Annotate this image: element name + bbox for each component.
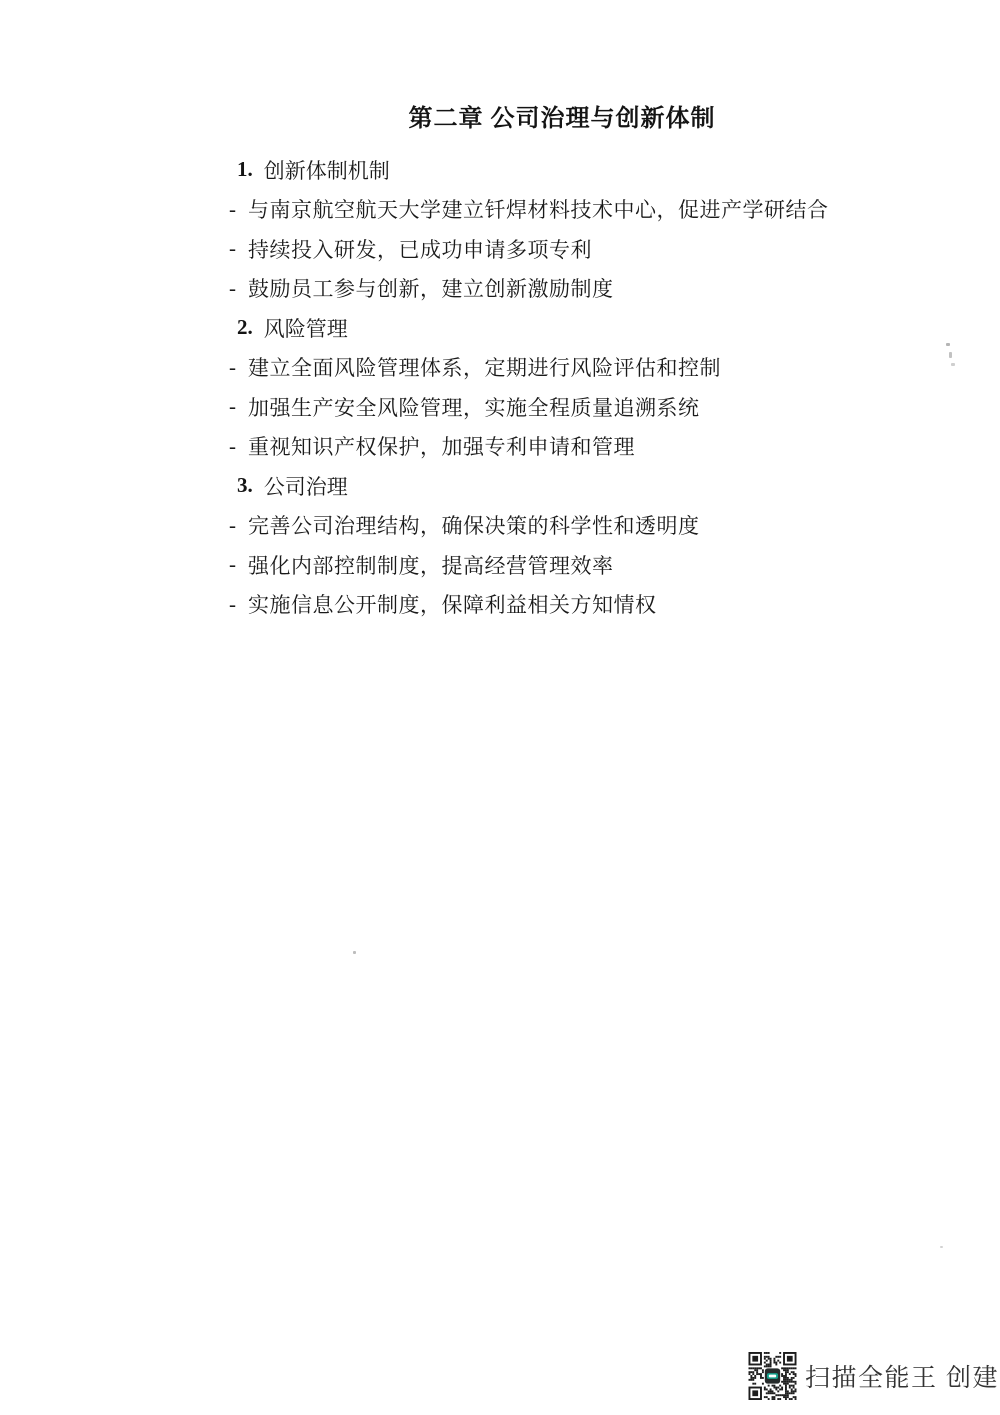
list-item: - 实施信息公开制度，保障利益相关方知情权 (0, 585, 1000, 625)
list-item: - 强化内部控制制度，提高经营管理效率 (0, 545, 1000, 585)
bullet-text: 实施信息公开制度，保障利益相关方知情权 (248, 589, 657, 619)
list-item: - 与南京航空航天大学建立钎焊材料技术中心，促进产学研结合 (0, 190, 1000, 230)
scan-speck (949, 352, 952, 358)
bullet-dash: - (229, 355, 236, 380)
section-1-heading: 1. 创新体制机制 (0, 150, 1000, 190)
scan-speck (946, 343, 950, 346)
bullet-dash: - (229, 513, 236, 538)
list-item: - 建立全面风险管理体系，定期进行风险评估和控制 (0, 348, 1000, 388)
scanner-watermark-text: 扫描全能王 创建 (805, 1358, 999, 1394)
section-1-title: 创新体制机制 (264, 155, 390, 185)
section-2-number: 2. (237, 315, 253, 340)
bullet-text: 完善公司治理结构，确保决策的科学性和透明度 (248, 510, 700, 540)
scanner-watermark: 扫描全能王 创建 (748, 1352, 999, 1400)
qr-code-icon (748, 1352, 797, 1400)
bullet-text: 强化内部控制制度，提高经营管理效率 (248, 550, 614, 580)
bullet-text: 建立全面风险管理体系，定期进行风险评估和控制 (248, 352, 721, 382)
bullet-text: 加强生产安全风险管理，实施全程质量追溯系统 (248, 392, 700, 422)
bullet-dash: - (229, 276, 236, 301)
scanned-document-page: 第二章 公司治理与创新体制 1. 创新体制机制 - 与南京航空航天大学建立钎焊材… (0, 0, 1000, 1415)
bullet-dash: - (229, 394, 236, 419)
section-1-number: 1. (237, 157, 253, 182)
bullet-text: 与南京航空航天大学建立钎焊材料技术中心，促进产学研结合 (248, 194, 829, 224)
list-item: - 重视知识产权保护，加强专利申请和管理 (0, 427, 1000, 467)
list-item: - 鼓励员工参与创新，建立创新激励制度 (0, 269, 1000, 309)
bullet-dash: - (229, 197, 236, 222)
section-3-title: 公司治理 (264, 471, 348, 501)
list-item: - 持续投入研发，已成功申请多项专利 (0, 229, 1000, 269)
list-item: - 加强生产安全风险管理，实施全程质量追溯系统 (0, 387, 1000, 427)
scan-speck (951, 363, 955, 366)
scan-speck (940, 1246, 943, 1248)
list-item: - 完善公司治理结构，确保决策的科学性和透明度 (0, 506, 1000, 546)
document-body: 1. 创新体制机制 - 与南京航空航天大学建立钎焊材料技术中心，促进产学研结合 … (0, 150, 1000, 624)
chapter-title: 第二章 公司治理与创新体制 (62, 98, 1000, 133)
section-2-heading: 2. 风险管理 (0, 308, 1000, 348)
bullet-text: 鼓励员工参与创新，建立创新激励制度 (248, 273, 614, 303)
bullet-dash: - (229, 592, 236, 617)
section-3-number: 3. (237, 473, 253, 498)
bullet-dash: - (229, 434, 236, 459)
bullet-dash: - (229, 236, 236, 261)
bullet-text: 重视知识产权保护，加强专利申请和管理 (248, 431, 635, 461)
bullet-text: 持续投入研发，已成功申请多项专利 (248, 234, 592, 264)
section-2-title: 风险管理 (264, 313, 348, 343)
bullet-dash: - (229, 552, 236, 577)
scan-speck (353, 951, 356, 954)
section-3-heading: 3. 公司治理 (0, 466, 1000, 506)
